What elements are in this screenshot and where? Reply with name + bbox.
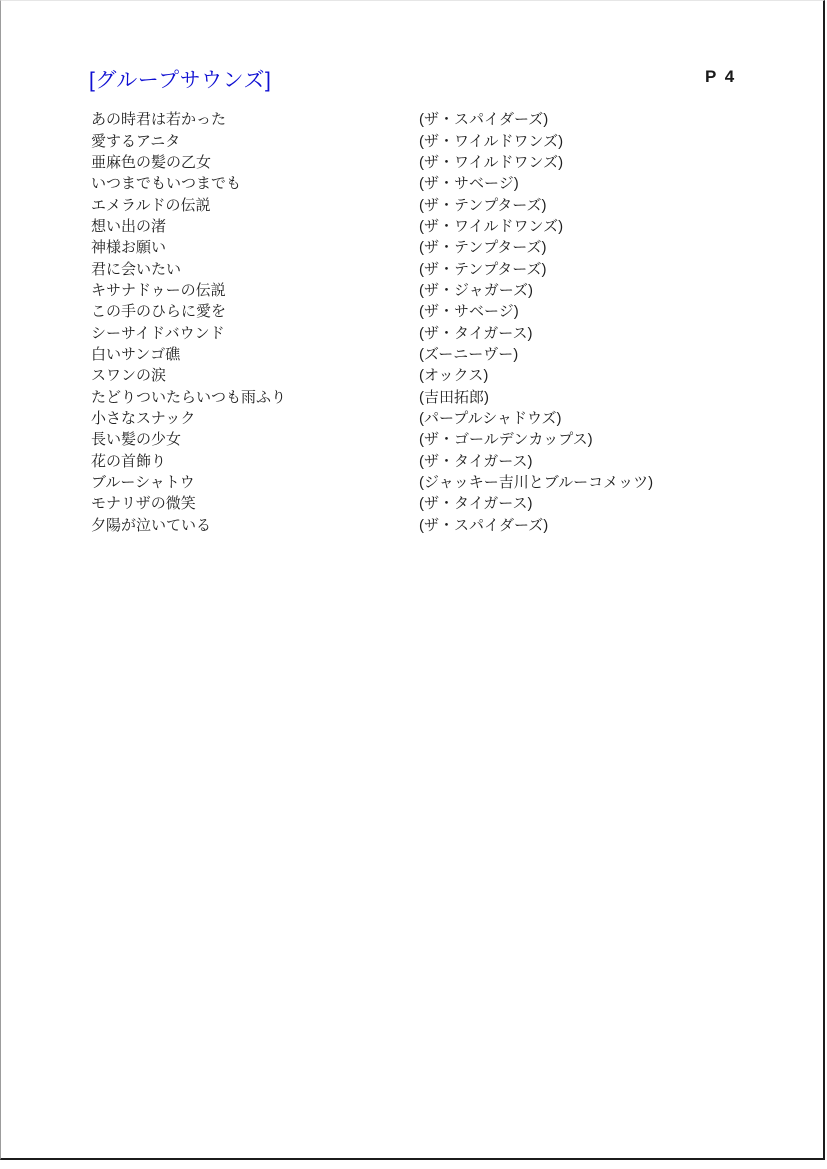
song-artist: (オックス) <box>419 364 488 385</box>
song-artist: (ザ・ワイルドワンズ) <box>419 151 563 172</box>
song-row: モナリザの微笑(ザ・タイガース) <box>91 492 751 513</box>
song-row: 小さなスナック(パープルシャドウズ) <box>91 407 751 428</box>
song-artist: (ザ・スパイダーズ) <box>419 514 548 535</box>
song-artist: (ザ・サベージ) <box>419 300 519 321</box>
song-artist: (吉田拓郎) <box>419 386 489 407</box>
song-artist: (ザ・テンプターズ) <box>419 194 546 215</box>
song-artist: (ザ・ジャガーズ) <box>419 279 533 300</box>
song-artist: (ザ・テンプターズ) <box>419 258 546 279</box>
song-title: モナリザの微笑 <box>91 492 419 513</box>
song-row: シーサイドバウンド(ザ・タイガース) <box>91 321 751 342</box>
song-title: 想い出の渚 <box>91 215 419 236</box>
song-title: 夕陽が泣いている <box>91 514 419 535</box>
song-title: 長い髪の少女 <box>91 428 419 449</box>
song-row: いつまでもいつまでも(ザ・サベージ) <box>91 172 751 193</box>
song-title: 君に会いたい <box>91 258 419 279</box>
page-number: P 4 <box>705 67 736 87</box>
song-row: 神様お願い(ザ・テンプターズ) <box>91 236 751 257</box>
song-title: エメラルドの伝説 <box>91 194 419 215</box>
song-row: キサナドゥーの伝説(ザ・ジャガーズ) <box>91 279 751 300</box>
section-title: [グループサウンズ] <box>89 64 271 94</box>
song-artist: (ザ・テンプターズ) <box>419 236 546 257</box>
song-artist: (ザ・ワイルドワンズ) <box>419 215 563 236</box>
song-title: 愛するアニタ <box>91 130 419 151</box>
song-row: 白いサンゴ礁(ズーニーヴー) <box>91 343 751 364</box>
song-title: シーサイドバウンド <box>91 322 419 343</box>
song-artist: (ザ・タイガース) <box>419 450 533 471</box>
song-title: あの時君は若かった <box>91 108 419 129</box>
song-row: 夕陽が泣いている(ザ・スパイダーズ) <box>91 514 751 535</box>
song-row: エメラルドの伝説(ザ・テンプターズ) <box>91 193 751 214</box>
song-artist: (パープルシャドウズ) <box>419 407 562 428</box>
song-row: たどりついたらいつも雨ふり(吉田拓郎) <box>91 385 751 406</box>
song-artist: (ザ・ゴールデンカップス) <box>419 428 593 449</box>
song-title: 白いサンゴ礁 <box>91 343 419 364</box>
song-row: 花の首飾り(ザ・タイガース) <box>91 450 751 471</box>
song-row: ブルーシャトウ(ジャッキー吉川とブルーコメッツ) <box>91 471 751 492</box>
document-page: [グループサウンズ] P 4 あの時君は若かった(ザ・スパイダーズ)愛するアニタ… <box>0 0 825 1160</box>
song-row: あの時君は若かった(ザ・スパイダーズ) <box>91 108 751 129</box>
song-artist: (ザ・サベージ) <box>419 172 519 193</box>
song-row: 愛するアニタ(ザ・ワイルドワンズ) <box>91 129 751 150</box>
song-row: この手のひらに愛を(ザ・サベージ) <box>91 300 751 321</box>
song-artist: (ズーニーヴー) <box>419 343 518 364</box>
song-list: あの時君は若かった(ザ・スパイダーズ)愛するアニタ(ザ・ワイルドワンズ)亜麻色の… <box>91 108 751 535</box>
song-artist: (ザ・スパイダーズ) <box>419 108 548 129</box>
song-title: 花の首飾り <box>91 450 419 471</box>
song-title: ブルーシャトウ <box>91 471 419 492</box>
song-row: 想い出の渚(ザ・ワイルドワンズ) <box>91 215 751 236</box>
song-title: 小さなスナック <box>91 407 419 428</box>
song-title: 神様お願い <box>91 236 419 257</box>
song-artist: (ザ・タイガース) <box>419 492 533 513</box>
song-artist: (ジャッキー吉川とブルーコメッツ) <box>419 471 653 492</box>
song-title: 亜麻色の髪の乙女 <box>91 151 419 172</box>
song-artist: (ザ・タイガース) <box>419 322 533 343</box>
song-row: 長い髪の少女(ザ・ゴールデンカップス) <box>91 428 751 449</box>
song-artist: (ザ・ワイルドワンズ) <box>419 130 563 151</box>
song-row: スワンの涙(オックス) <box>91 364 751 385</box>
song-title: この手のひらに愛を <box>91 300 419 321</box>
song-title: キサナドゥーの伝説 <box>91 279 419 300</box>
song-row: 君に会いたい(ザ・テンプターズ) <box>91 257 751 278</box>
song-row: 亜麻色の髪の乙女(ザ・ワイルドワンズ) <box>91 151 751 172</box>
song-title: たどりついたらいつも雨ふり <box>91 386 419 407</box>
song-title: スワンの涙 <box>91 364 419 385</box>
song-title: いつまでもいつまでも <box>91 172 419 193</box>
